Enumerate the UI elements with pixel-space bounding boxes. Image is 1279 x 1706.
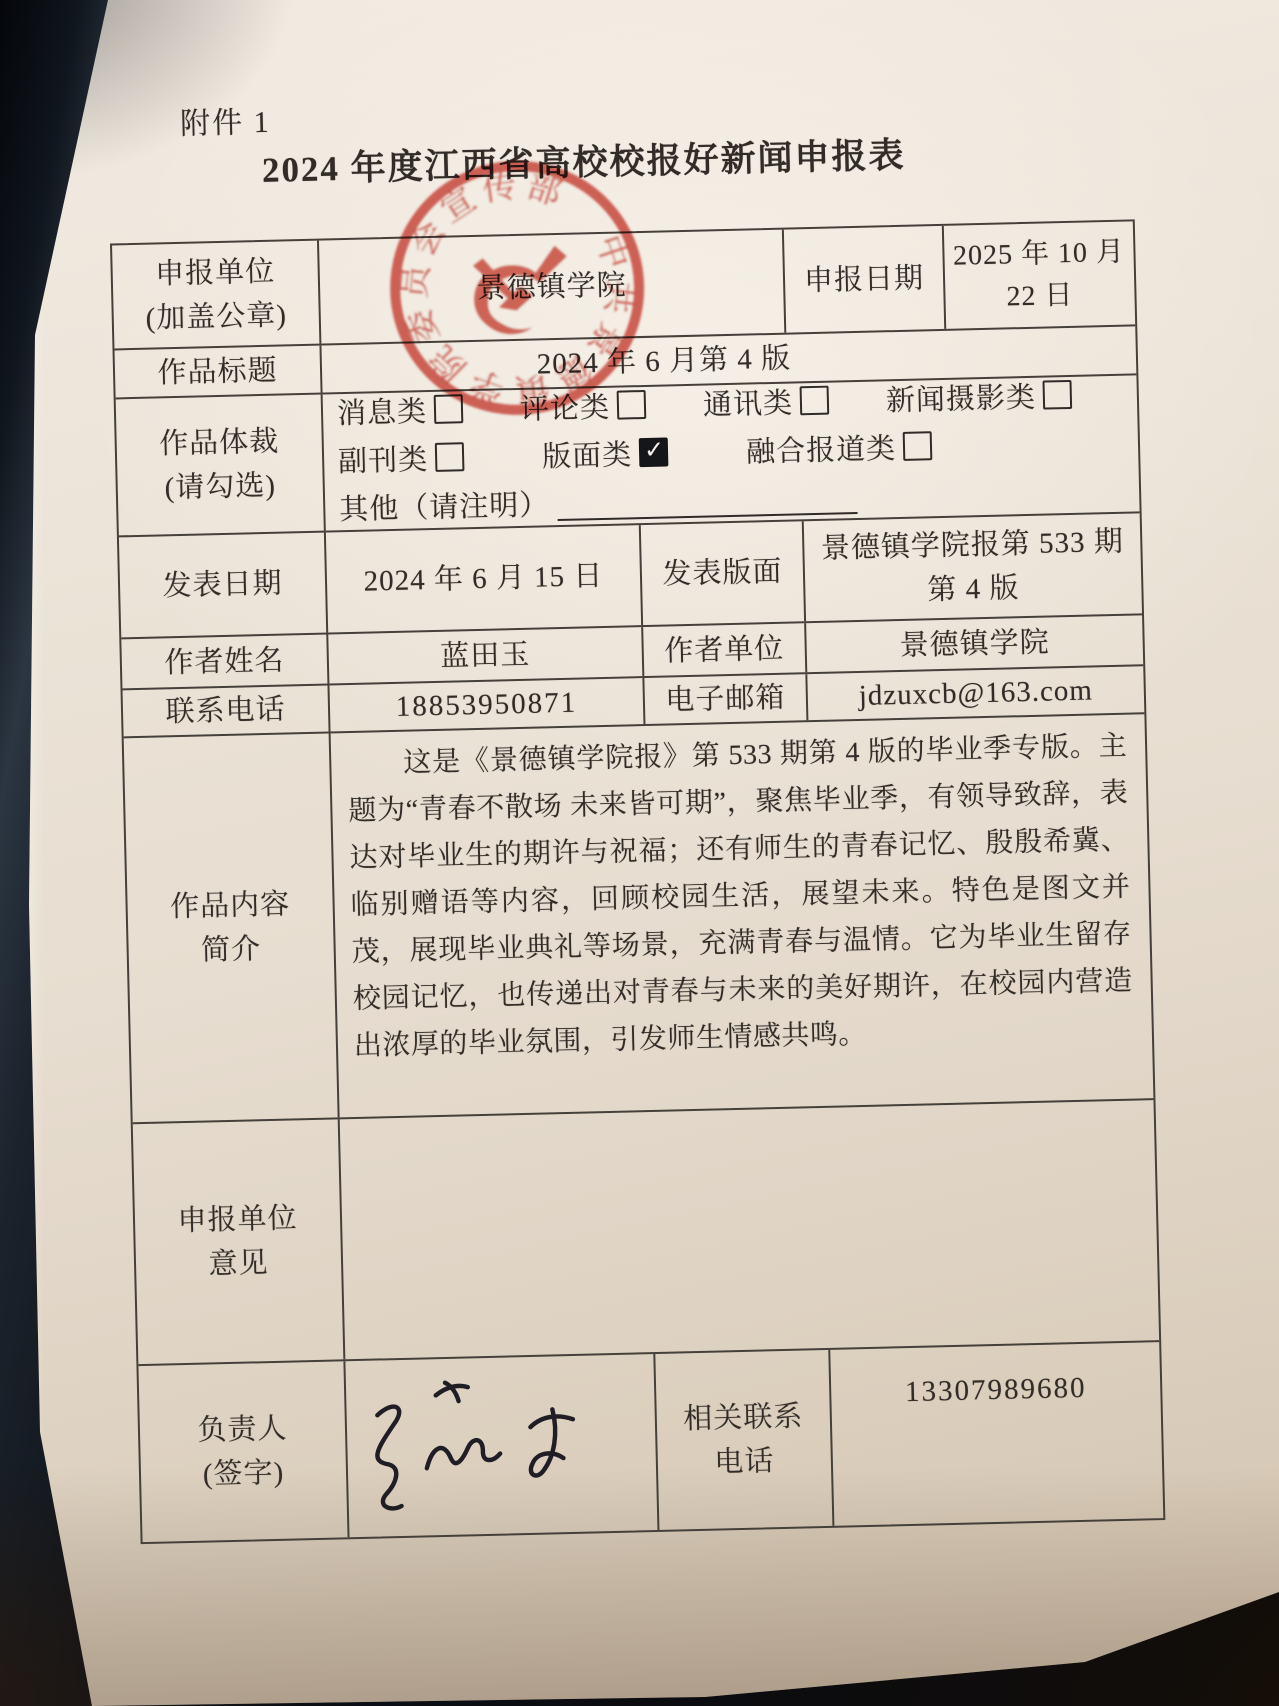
- summary-value: 这是《景德镇学院报》第 533 期第 4 版的毕业季专版。主题为“青春不散场 未…: [329, 714, 1154, 1117]
- email-label: 电子邮箱: [642, 674, 806, 724]
- email-value: jdzuxcb@163.com: [805, 666, 1144, 720]
- table-row: 作品体裁 (请勾选) 消息类 评论类 通讯类 新闻摄影类 副刊类 版面类 融合报…: [116, 373, 1140, 535]
- checkbox-icon: [800, 386, 830, 416]
- publish-date-value: 2024 年 6 月 15 日: [324, 525, 641, 632]
- unit-opinion-value: [338, 1100, 1159, 1359]
- application-table: 申报单位 (加盖公章) 景德镇学院 申报日期 2025 年 10 月 22 日 …: [110, 219, 1165, 1544]
- genre-option: 融合报道类: [746, 426, 933, 474]
- declaring-unit-label: 申报单位 (加盖公章): [112, 241, 319, 349]
- publish-page-label: 发表版面: [639, 521, 804, 625]
- contact-phone-label: 联系电话: [123, 686, 329, 737]
- checkbox-icon: [434, 394, 464, 424]
- checkbox-icon: [617, 390, 647, 420]
- application-date-value: 2025 年 10 月 22 日: [942, 221, 1135, 328]
- handwritten-signature: [340, 1360, 644, 1527]
- author-unit-label: 作者单位: [641, 623, 805, 676]
- genre-option: 通讯类: [702, 381, 829, 428]
- signature-cell: [343, 1354, 657, 1537]
- document-content: 附件 1 2024 年度江西省高校校报好新闻申报表 申报单位 (加盖公章) 景德…: [0, 0, 1279, 1706]
- checkbox-icon: [435, 442, 465, 472]
- related-phone-value: 13307989680: [828, 1342, 1163, 1526]
- declaring-unit-value: 景德镇学院: [317, 230, 784, 344]
- work-title-label: 作品标题: [115, 346, 321, 398]
- author-name-label: 作者姓名: [121, 635, 327, 689]
- table-row: 作品内容 简介 这是《景德镇学院报》第 533 期第 4 版的毕业季专版。主题为…: [124, 712, 1154, 1122]
- publish-page-value: 景德镇学院报第 533 期 第 4 版: [802, 513, 1142, 621]
- genre-options: 消息类 评论类 通讯类 新闻摄影类 副刊类 版面类 融合报道类 其他（请注明）: [321, 375, 1140, 530]
- checkbox-checked-icon: [639, 437, 669, 467]
- genre-label: 作品体裁 (请勾选): [116, 395, 324, 536]
- author-name-value: 蓝田玉: [326, 627, 642, 683]
- publish-date-label: 发表日期: [119, 533, 326, 638]
- other-note-blank-line: [557, 482, 858, 521]
- responsible-person-label: 负责人 (签字): [138, 1361, 347, 1542]
- author-unit-value: 景德镇学院: [804, 615, 1143, 672]
- attachment-label: 附件 1: [180, 97, 272, 143]
- genre-option: 版面类: [542, 432, 669, 479]
- checkbox-icon: [903, 431, 933, 461]
- genre-option: 新闻摄影类: [885, 375, 1072, 423]
- application-date-label: 申报日期: [782, 226, 944, 333]
- other-note-label: 其他（请注明）: [339, 483, 550, 532]
- summary-label: 作品内容 简介: [124, 734, 338, 1123]
- genre-option: 评论类: [520, 385, 647, 432]
- table-row: 负责人 (签字) 相关联系 电话: [138, 1340, 1163, 1542]
- contact-phone-value: 18853950871: [327, 678, 643, 731]
- genre-option: 消息类: [337, 389, 464, 436]
- unit-opinion-label: 申报单位 意见: [133, 1119, 344, 1364]
- related-phone-label: 相关联系 电话: [653, 1350, 832, 1530]
- checkbox-icon: [1043, 380, 1073, 410]
- table-row: 申报单位 意见: [133, 1098, 1159, 1364]
- genre-option: 副刊类: [338, 437, 465, 484]
